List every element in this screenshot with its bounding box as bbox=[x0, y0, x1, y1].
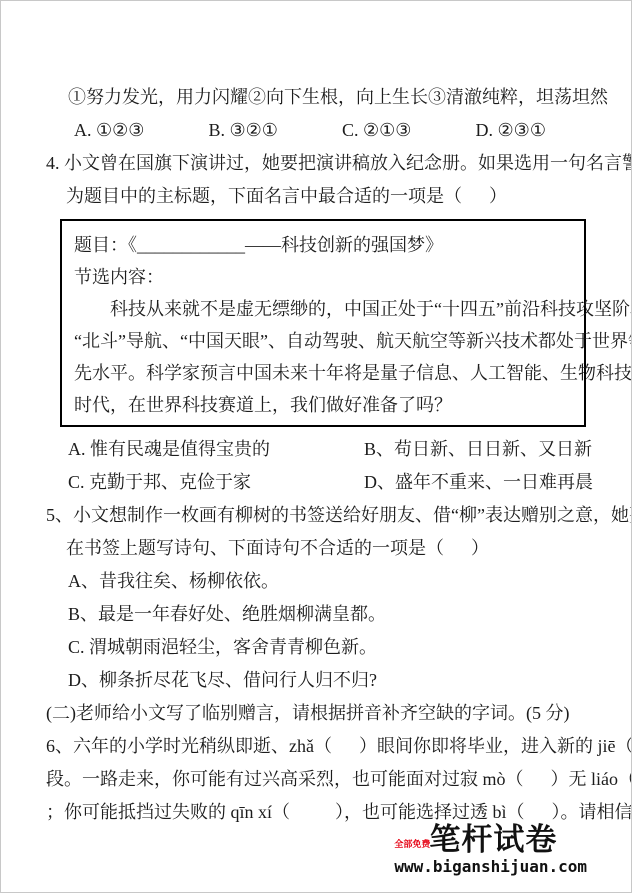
q4-box-para-line1: 科技从来就不是虚无缥缈的，中国正处于“十四五”前沿科技攻坚阶段， bbox=[74, 293, 572, 325]
q4-option-b: B、苟日新、日日新、又日新 bbox=[364, 433, 592, 466]
exam-paper-page: ①努力发光，用力闪耀 ②向下生根，向上生长 ③清澈纯粹，坦荡坦然 A. ①②③ … bbox=[0, 0, 632, 893]
item3-phrase-2: ②向下生根，向上生长 bbox=[248, 81, 428, 114]
q5-option-c: C. 渭城朝雨浥轻尘，客舍青青柳色新。 bbox=[46, 631, 588, 664]
item3-phrase-3: ③清澈纯粹，坦荡坦然 bbox=[428, 81, 608, 114]
q4-box-para-line3: 先水平。科学家预言中国未来十年将是量子信息、人工智能、生物科技的黄金 bbox=[74, 357, 572, 389]
q4-options-row2: C. 克勤于邦、克俭于家 D、盛年不重来、一日难再晨 bbox=[46, 466, 588, 499]
item3-option-a: A. ①②③ bbox=[74, 114, 144, 147]
free-tag-label: 全部免费 bbox=[394, 837, 430, 850]
brand-row: 全部免费 笔杆试卷 bbox=[394, 824, 587, 855]
q5-option-d: D、柳条折尽花飞尽、借问行人归不归? bbox=[46, 664, 588, 697]
q4-stem-line1: 4. 小文曾在国旗下演讲过，她要把演讲稿放入纪念册。如果选用一句名言警句作 bbox=[46, 147, 588, 180]
q4-box-excerpt-label: 节选内容： bbox=[74, 261, 572, 293]
section2-heading: (二)老师给小文写了临别赠言，请根据拼音补齐空缺的字词。(5 分) bbox=[46, 697, 588, 730]
q5-option-a: A、昔我往矣、杨柳依依。 bbox=[46, 565, 588, 598]
item3-option-c: C. ②①③ bbox=[342, 114, 411, 147]
q4-stem-line2: 为题目中的主标题，下面名言中最合适的一项是（ ） bbox=[46, 180, 588, 213]
q4-box-para-line2: “北斗”导航、“中国天眼”、自动驾驶、航天航空等新兴技术都处于世界领 bbox=[74, 325, 572, 357]
q5-option-b: B、最是一年春好处、绝胜烟柳满皇都。 bbox=[46, 598, 588, 631]
q4-box-title: 题目：《____________——科技创新的强国梦》 bbox=[74, 229, 572, 261]
exam-content: ①努力发光，用力闪耀 ②向下生根，向上生长 ③清澈纯粹，坦荡坦然 A. ①②③ … bbox=[46, 81, 588, 829]
q4-box-para-line4: 时代，在世界科技赛道上，我们做好准备了吗？ bbox=[74, 389, 572, 421]
q5-stem-line1: 5、小文想制作一枚画有柳树的书签送给好朋友、借“柳”表达赠别之意，她要 bbox=[46, 499, 588, 532]
q4-excerpt-box: 题目：《____________——科技创新的强国梦》 节选内容： 科技从来就不… bbox=[60, 219, 586, 427]
q4-options-row1: A. 惟有民魂是值得宝贵的 B、苟日新、日日新、又日新 bbox=[46, 433, 588, 466]
q6-line1: 6、六年的小学时光稍纵即逝、zhǎ（ ）眼间你即将毕业，进入新的 jiē（ ） bbox=[46, 730, 588, 763]
q4-option-c: C. 克勤于邦、克俭于家 bbox=[68, 466, 364, 499]
q6-line2: 段。一路走来，你可能有过兴高采烈，也可能面对过寂 mò（ ）无 liáo（ ） bbox=[46, 763, 588, 796]
item3-phrases-row: ①努力发光，用力闪耀 ②向下生根，向上生长 ③清澈纯粹，坦荡坦然 bbox=[46, 81, 588, 114]
watermark-logo: 全部免费 笔杆试卷 www.biganshijuan.com bbox=[394, 824, 587, 876]
item3-option-d: D. ②③① bbox=[476, 114, 546, 147]
item3-phrase-1: ①努力发光，用力闪耀 bbox=[68, 81, 248, 114]
item3-options-row: A. ①②③ B. ③②① C. ②①③ D. ②③① bbox=[46, 114, 588, 147]
brand-url: www.biganshijuan.com bbox=[394, 857, 587, 876]
item3-option-b: B. ③②① bbox=[209, 114, 278, 147]
q5-stem-line2: 在书签上题写诗句、下面诗句不合适的一项是（ ） bbox=[46, 532, 588, 565]
brand-name: 笔杆试卷 bbox=[429, 824, 557, 855]
q4-option-a: A. 惟有民魂是值得宝贵的 bbox=[68, 433, 364, 466]
q4-option-d: D、盛年不重来、一日难再晨 bbox=[364, 466, 593, 499]
